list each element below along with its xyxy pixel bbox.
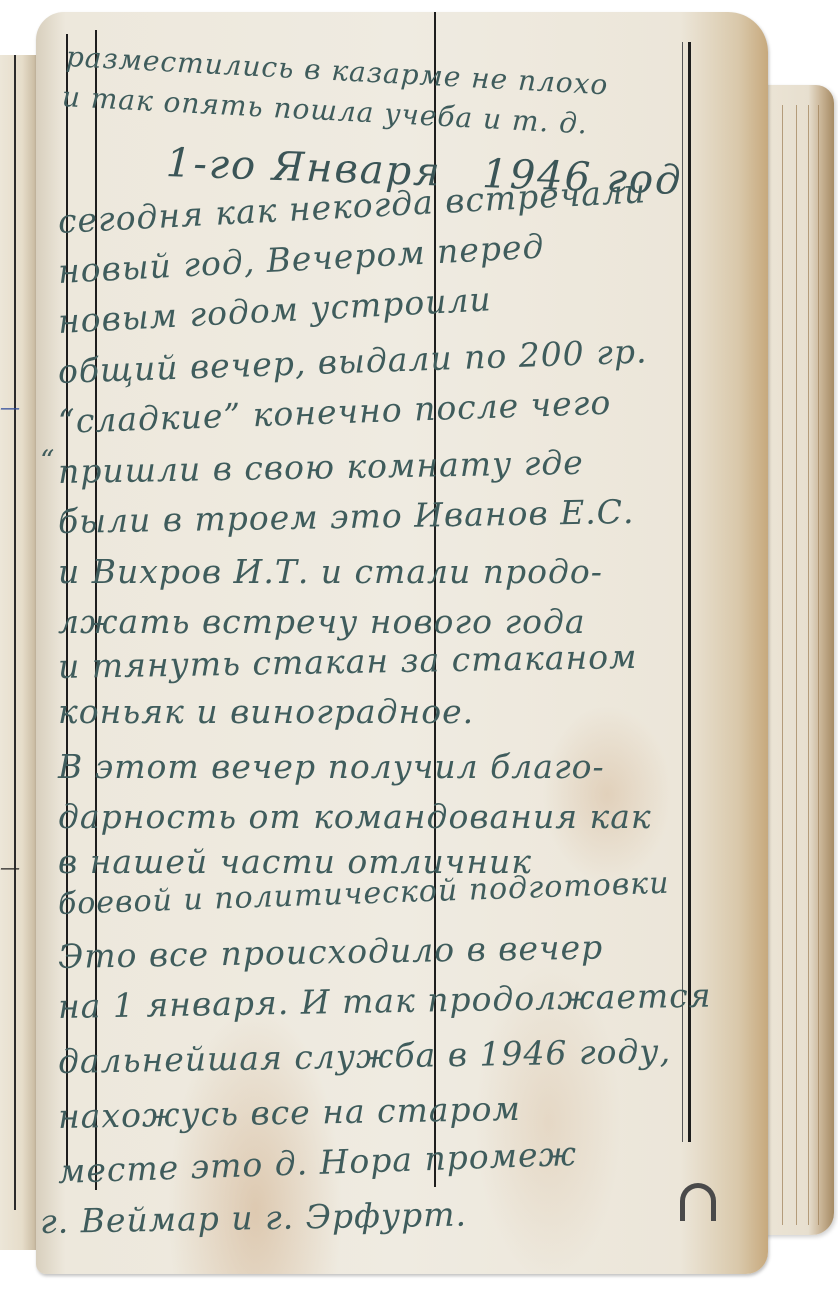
diary-page: разместились в казарме не плохо и так оп… (36, 12, 768, 1274)
diary-line: г. Веймар и г. Эрфурт. (40, 1195, 468, 1241)
page-edge-line (818, 105, 819, 1225)
diary-line: лжать встречу нового года (58, 602, 586, 641)
prev-page-rule (14, 55, 16, 1210)
page-edge-line (808, 105, 809, 1225)
page-edge-line (782, 105, 783, 1225)
diary-line: и тянуть стакан за стаканом (58, 637, 638, 686)
diary-line: “сладкие” конечно после чего (57, 383, 612, 441)
diary-line: В этот вечер получил благо- (58, 747, 605, 786)
diary-line: нахожусь все на старом (58, 1089, 522, 1136)
binding-clip (680, 1183, 716, 1221)
diary-line: дарность от командования как (58, 797, 652, 836)
diary-line: коньяк и виноградное. (58, 692, 474, 731)
prev-page-ink-mark: — (0, 395, 20, 419)
diary-line: пришли в свою комнату где (58, 443, 584, 491)
diary-line: и Вихров И.Т. и стали продо- (58, 552, 603, 591)
page-edge-line (796, 105, 797, 1225)
diary-line: были в троем это Иванов Е.С. (58, 492, 635, 541)
prev-page-ink-mark: — (0, 855, 20, 879)
diary-line: на 1 января. И так продолжается (58, 976, 712, 1026)
previous-page-edge: — — (0, 55, 41, 1250)
diary-line: новым годом устроили (57, 279, 493, 341)
diary-line: Это все происходило в вечер (58, 927, 604, 976)
margin-quote-mark: “ (40, 444, 55, 477)
diary-line: месте это д. Нора промеж (57, 1134, 577, 1191)
diary-line: общий вечер, выдали по 200 гр. (57, 331, 648, 391)
diary-line: дальнейшая служба в 1946 году, (58, 1031, 672, 1081)
